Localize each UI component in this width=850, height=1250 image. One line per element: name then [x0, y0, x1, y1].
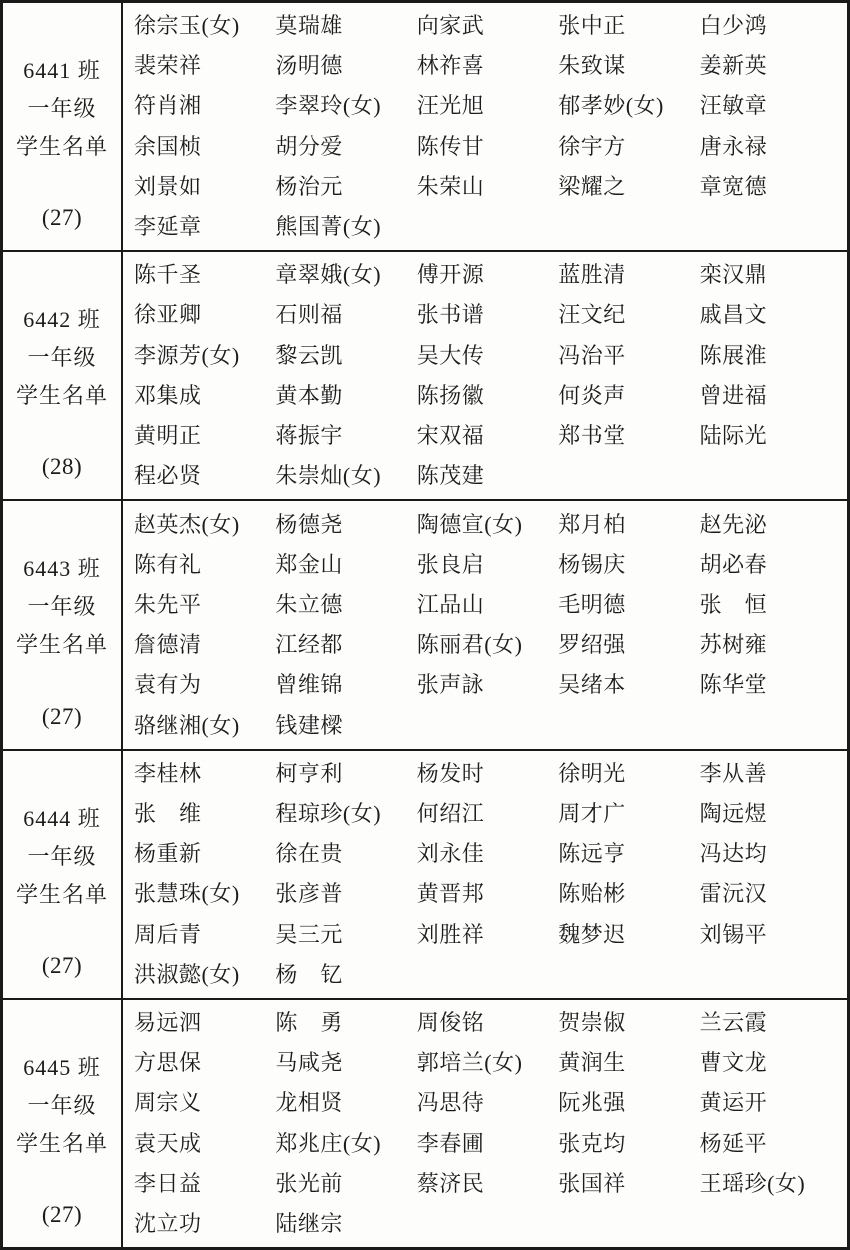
student-name: 邓集成 — [134, 384, 275, 408]
class-names-grid: 易远泗陈 勇周俊铭贺崇俶兰云霞方思保马咸尧郭培兰(女)黄润生曹文龙周宗义龙相贤冯… — [123, 1000, 847, 1247]
student-name: 陈茂建 — [417, 464, 558, 488]
student-name: 王瑶珍(女) — [700, 1172, 841, 1196]
student-name: 吴绪本 — [558, 673, 699, 697]
student-name: 徐亚卿 — [134, 303, 275, 327]
student-name: 何炎声 — [558, 384, 699, 408]
student-name: 傅开源 — [417, 263, 558, 287]
student-name: 白少鸿 — [700, 14, 841, 38]
class-number-label: 6443 班 — [23, 557, 101, 580]
class-names-grid: 陈千圣章翠娥(女)傅开源蓝胜清栾汉鼎徐亚卿石则福张书谱汪文纪戚昌文李源芳(女)黎… — [123, 252, 847, 499]
student-name: 李翠玲(女) — [275, 94, 416, 118]
student-name: 杨延平 — [700, 1132, 841, 1156]
class-grade-label: 一年级 — [27, 845, 96, 868]
student-name: 江品山 — [417, 593, 558, 617]
student-name: 林祚喜 — [417, 54, 558, 78]
student-name: 陶德宣(女) — [417, 513, 558, 537]
student-name: 周才广 — [558, 802, 699, 826]
student-name: 陈贻彬 — [558, 882, 699, 906]
student-name: 章宽德 — [700, 175, 841, 199]
student-name: 刘永佳 — [417, 842, 558, 866]
class-grade-label: 一年级 — [27, 1094, 96, 1117]
student-name: 黎云凯 — [275, 344, 416, 368]
student-name: 冯达均 — [700, 842, 841, 866]
student-name: 曹文龙 — [700, 1051, 841, 1075]
student-name: 朱荣山 — [417, 175, 558, 199]
class-row: 6445 班一年级学生名单(27)易远泗陈 勇周俊铭贺崇俶兰云霞方思保马咸尧郭培… — [3, 1000, 847, 1247]
student-name: 余国桢 — [134, 135, 275, 159]
student-name: 汪文纪 — [558, 303, 699, 327]
student-name: 蓝胜清 — [558, 263, 699, 287]
student-name: 程琼珍(女) — [275, 802, 416, 826]
student-name: 冯治平 — [558, 344, 699, 368]
student-name: 钱建樑 — [275, 714, 416, 738]
student-name: 朱先平 — [134, 593, 275, 617]
student-name: 江经都 — [275, 633, 416, 657]
student-name: 李春圃 — [417, 1132, 558, 1156]
student-name: 朱崇灿(女) — [275, 464, 416, 488]
student-name: 张克均 — [558, 1132, 699, 1156]
student-name: 洪淑懿(女) — [134, 963, 275, 987]
student-name: 周宗义 — [134, 1091, 275, 1115]
student-name: 张书谱 — [417, 303, 558, 327]
student-name: 张 恒 — [700, 593, 841, 617]
student-name: 刘锡平 — [700, 923, 841, 947]
student-name: 贺崇俶 — [558, 1011, 699, 1035]
student-name: 何绍江 — [417, 802, 558, 826]
student-name: 杨德尧 — [275, 513, 416, 537]
student-name: 裴荣祥 — [134, 54, 275, 78]
class-list-label: 学生名单 — [16, 384, 108, 407]
student-name: 陈远亨 — [558, 842, 699, 866]
student-name: 郑书堂 — [558, 424, 699, 448]
student-name: 黄润生 — [558, 1051, 699, 1075]
student-name: 朱致谋 — [558, 54, 699, 78]
student-name: 骆继湘(女) — [134, 714, 275, 738]
student-name: 袁天成 — [134, 1132, 275, 1156]
student-name: 程必贤 — [134, 464, 275, 488]
class-count-label: (27) — [42, 1203, 82, 1227]
student-name: 陈千圣 — [134, 263, 275, 287]
class-grade-label: 一年级 — [27, 595, 96, 618]
student-name: 徐宇方 — [558, 135, 699, 159]
student-roster-table: 6441 班一年级学生名单(27)徐宗玉(女)莫瑞雄向家武张中正白少鸿裴荣祥汤明… — [0, 0, 850, 1250]
student-name: 周俊铭 — [417, 1011, 558, 1035]
student-name: 宋双福 — [417, 424, 558, 448]
class-grade-label: 一年级 — [27, 97, 96, 120]
student-name: 詹德清 — [134, 633, 275, 657]
student-name: 赵先泌 — [700, 513, 841, 537]
class-number-label: 6445 班 — [23, 1056, 101, 1079]
class-header-cell: 6444 班一年级学生名单(27) — [3, 751, 123, 998]
student-name: 罗绍强 — [558, 633, 699, 657]
student-name: 阮兆强 — [558, 1091, 699, 1115]
class-names-grid: 李桂林柯亨利杨发时徐明光李从善张 维程琼珍(女)何绍江周才广陶远煜杨重新徐在贵刘… — [123, 751, 847, 998]
class-number-label: 6444 班 — [23, 807, 101, 830]
class-header-cell: 6441 班一年级学生名单(27) — [3, 3, 123, 250]
student-name: 张彦普 — [275, 882, 416, 906]
class-list-label: 学生名单 — [16, 883, 108, 906]
class-header-cell: 6443 班一年级学生名单(27) — [3, 501, 123, 748]
class-number-label: 6441 班 — [23, 59, 101, 82]
student-name: 杨治元 — [275, 175, 416, 199]
student-name: 兰云霞 — [700, 1011, 841, 1035]
student-name: 吴三元 — [275, 923, 416, 947]
student-name: 蔡济民 — [417, 1172, 558, 1196]
student-name: 黄晋邦 — [417, 882, 558, 906]
class-list-label: 学生名单 — [16, 1132, 108, 1155]
student-name: 杨发时 — [417, 762, 558, 786]
student-name: 唐永禄 — [700, 135, 841, 159]
class-row: 6441 班一年级学生名单(27)徐宗玉(女)莫瑞雄向家武张中正白少鸿裴荣祥汤明… — [3, 3, 847, 252]
student-name: 龙相贤 — [275, 1091, 416, 1115]
student-name: 曾维锦 — [275, 673, 416, 697]
student-name: 杨锡庆 — [558, 553, 699, 577]
student-name: 李日益 — [134, 1172, 275, 1196]
student-name: 蒋振宇 — [275, 424, 416, 448]
student-name: 张国祥 — [558, 1172, 699, 1196]
class-row: 6442 班一年级学生名单(28)陈千圣章翠娥(女)傅开源蓝胜清栾汉鼎徐亚卿石则… — [3, 252, 847, 501]
student-name: 袁有为 — [134, 673, 275, 697]
student-name: 周后青 — [134, 923, 275, 947]
student-name: 石则福 — [275, 303, 416, 327]
class-header-cell: 6442 班一年级学生名单(28) — [3, 252, 123, 499]
student-name: 曾进福 — [700, 384, 841, 408]
student-name: 向家武 — [417, 14, 558, 38]
student-name: 陶远煜 — [700, 802, 841, 826]
student-name: 栾汉鼎 — [700, 263, 841, 287]
student-name: 汤明德 — [275, 54, 416, 78]
class-list-label: 学生名单 — [16, 633, 108, 656]
student-name: 刘景如 — [134, 175, 275, 199]
student-name: 陈展淮 — [700, 344, 841, 368]
student-name: 易远泗 — [134, 1011, 275, 1035]
student-name: 符肖湘 — [134, 94, 275, 118]
student-name: 郭培兰(女) — [417, 1051, 558, 1075]
student-name: 李源芳(女) — [134, 344, 275, 368]
student-name: 沈立功 — [134, 1212, 275, 1236]
student-name: 吴大传 — [417, 344, 558, 368]
class-names-grid: 徐宗玉(女)莫瑞雄向家武张中正白少鸿裴荣祥汤明德林祚喜朱致谋姜新英符肖湘李翠玲(… — [123, 3, 847, 250]
student-name: 陈有礼 — [134, 553, 275, 577]
student-name: 郁孝妙(女) — [558, 94, 699, 118]
student-name: 胡分爱 — [275, 135, 416, 159]
class-count-label: (27) — [42, 206, 82, 230]
student-name: 陈 勇 — [275, 1011, 416, 1035]
student-name: 熊国菁(女) — [275, 215, 416, 239]
student-name: 杨重新 — [134, 842, 275, 866]
student-name: 徐在贵 — [275, 842, 416, 866]
class-header-cell: 6445 班一年级学生名单(27) — [3, 1000, 123, 1247]
student-name: 陈华堂 — [700, 673, 841, 697]
student-name: 赵英杰(女) — [134, 513, 275, 537]
student-name: 张声詠 — [417, 673, 558, 697]
student-name: 陈传甘 — [417, 135, 558, 159]
student-name: 刘胜祥 — [417, 923, 558, 947]
student-name: 梁耀之 — [558, 175, 699, 199]
student-name: 冯思待 — [417, 1091, 558, 1115]
student-name: 李延章 — [134, 215, 275, 239]
class-list-label: 学生名单 — [16, 135, 108, 158]
class-names-grid: 赵英杰(女)杨德尧陶德宣(女)郑月柏赵先泌陈有礼郑金山张良启杨锡庆胡必春朱先平朱… — [123, 501, 847, 748]
class-count-label: (27) — [42, 954, 82, 978]
student-name: 张光前 — [275, 1172, 416, 1196]
class-count-label: (27) — [42, 705, 82, 729]
student-name: 张 维 — [134, 802, 275, 826]
student-name: 郑月柏 — [558, 513, 699, 537]
class-row: 6444 班一年级学生名单(27)李桂林柯亨利杨发时徐明光李从善张 维程琼珍(女… — [3, 751, 847, 1000]
student-name: 陈扬徽 — [417, 384, 558, 408]
student-name: 陆际光 — [700, 424, 841, 448]
student-name: 陆继宗 — [275, 1212, 416, 1236]
student-name: 黄明正 — [134, 424, 275, 448]
student-name: 莫瑞雄 — [275, 14, 416, 38]
student-name: 张中正 — [558, 14, 699, 38]
student-name: 姜新英 — [700, 54, 841, 78]
student-name: 汪光旭 — [417, 94, 558, 118]
student-name: 雷沅汉 — [700, 882, 841, 906]
class-row: 6443 班一年级学生名单(27)赵英杰(女)杨德尧陶德宣(女)郑月柏赵先泌陈有… — [3, 501, 847, 750]
student-name: 黄本勤 — [275, 384, 416, 408]
student-name: 徐明光 — [558, 762, 699, 786]
student-name: 杨 钇 — [275, 963, 416, 987]
student-name: 戚昌文 — [700, 303, 841, 327]
student-name: 李桂林 — [134, 762, 275, 786]
student-name: 李从善 — [700, 762, 841, 786]
student-name: 马咸尧 — [275, 1051, 416, 1075]
student-name: 柯亨利 — [275, 762, 416, 786]
student-name: 胡必春 — [700, 553, 841, 577]
student-name: 陈丽君(女) — [417, 633, 558, 657]
student-name: 郑兆庄(女) — [275, 1132, 416, 1156]
student-name: 郑金山 — [275, 553, 416, 577]
roster-page: 6441 班一年级学生名单(27)徐宗玉(女)莫瑞雄向家武张中正白少鸿裴荣祥汤明… — [0, 0, 850, 1250]
student-name: 徐宗玉(女) — [134, 14, 275, 38]
class-number-label: 6442 班 — [23, 308, 101, 331]
student-name: 苏树雍 — [700, 633, 841, 657]
class-grade-label: 一年级 — [27, 346, 96, 369]
student-name: 黄运开 — [700, 1091, 841, 1115]
student-name: 魏梦迟 — [558, 923, 699, 947]
class-count-label: (28) — [42, 455, 82, 479]
student-name: 方思保 — [134, 1051, 275, 1075]
student-name: 朱立德 — [275, 593, 416, 617]
student-name: 张良启 — [417, 553, 558, 577]
student-name: 张慧珠(女) — [134, 882, 275, 906]
student-name: 毛明德 — [558, 593, 699, 617]
student-name: 章翠娥(女) — [275, 263, 416, 287]
student-name: 汪敏章 — [700, 94, 841, 118]
